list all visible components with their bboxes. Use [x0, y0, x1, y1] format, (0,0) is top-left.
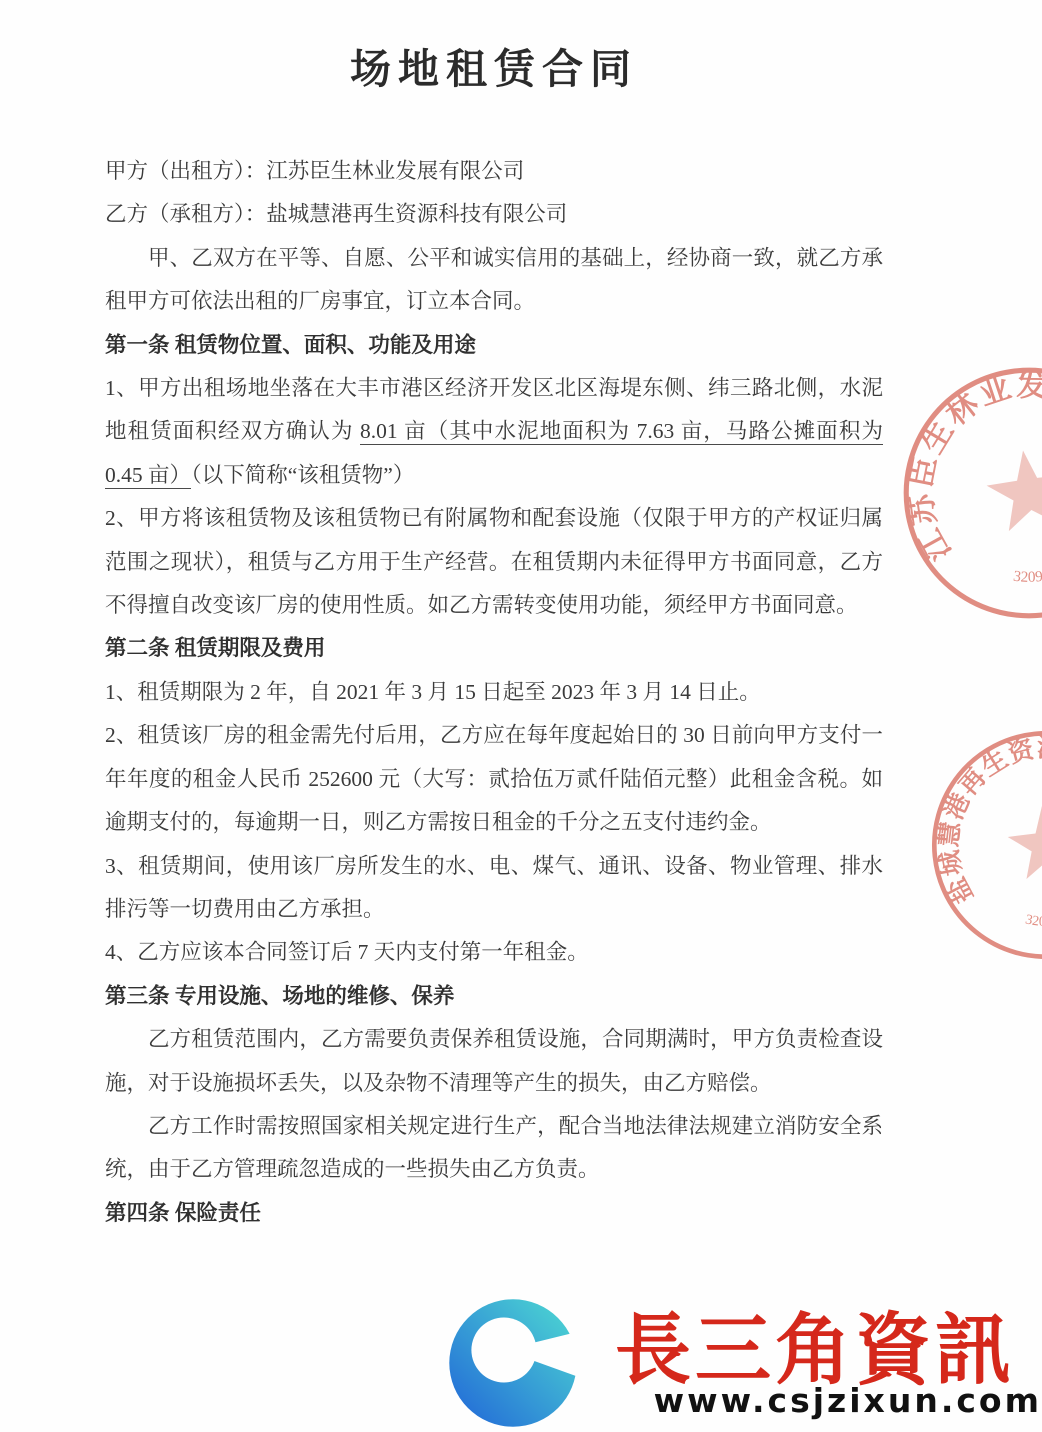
clause1-item1: 1、甲方出租场地坐落在大丰市港区经济开发区北区海堤东侧、纬三路北侧，水泥地租赁面…: [105, 367, 883, 497]
preamble-paragraph: 甲、乙双方在平等、自愿、公平和诚实信用的基础上，经协商一致，就乙方承租甲方可依法…: [105, 237, 883, 324]
seal1-number-text: 3209: [1010, 564, 1042, 589]
red-seal-icon: 江苏臣生林业发展有限公司 3209: [879, 343, 1042, 643]
clause2-item4: 4、乙方应该本合同签订后 7 天内支付第一年租金。: [105, 931, 883, 974]
seal2-company-text: 盐城慧港再生资源科技有限公司: [924, 722, 1042, 910]
clause2-item1: 1、租赁期限为 2 年，自 2021 年 3 月 15 日起至 2023 年 3…: [105, 671, 883, 714]
seal1-company-text: 江苏臣生林业发展有限公司: [888, 351, 1042, 569]
clause1-item2: 2、甲方将该租赁物及该租赁物已有附属物和配套设施（仅限于甲方的产权证归属范围之现…: [105, 497, 883, 627]
clause1-item1-post: （以下简称“该租赁物”）: [191, 463, 414, 487]
csjzixun-logo-icon: [448, 1297, 578, 1429]
svg-text:盐城慧港再生资源科技有限公司: 盐城慧港再生资源科技有限公司: [924, 722, 1042, 910]
svg-text:3209: 3209: [1010, 564, 1042, 589]
company-seal-party-b: 盐城慧港再生资源科技有限公司 320: [913, 712, 1042, 978]
clause2-item3: 3、租赁期间，使用该厂房所发生的水、电、煤气、通讯、设备、物业管理、排水排污等一…: [105, 845, 883, 932]
brand-url: www.csjzixun.com: [616, 1381, 1042, 1420]
clause3-para1: 乙方租赁范围内，乙方需要负责保养租赁设施，合同期满时，甲方负责检查设施，对于设施…: [105, 1018, 883, 1105]
seal2-number-text: 320: [1022, 910, 1042, 932]
contract-scan-page: 场地租赁合同 甲方（出租方）：江苏臣生林业发展有限公司 乙方（承租方）：盐城慧港…: [0, 0, 1042, 1432]
clause1-heading: 第一条 租赁物位置、面积、功能及用途: [105, 324, 883, 367]
clause4-heading: 第四条 保险责任: [105, 1192, 883, 1235]
clause2-heading: 第二条 租赁期限及费用: [105, 627, 883, 670]
svg-text:江苏臣生林业发展有限公司: 江苏臣生林业发展有限公司: [888, 351, 1042, 569]
svg-text:320: 320: [1022, 910, 1042, 932]
red-seal-icon: 盐城慧港再生资源科技有限公司 320: [913, 712, 1042, 978]
document-title: 场地租赁合同: [105, 36, 883, 95]
seal-star-icon: [982, 445, 1042, 533]
party-a-line: 甲方（出租方）：江苏臣生林业发展有限公司: [105, 150, 883, 193]
site-watermark: 長三角資訊 www.csjzixun.com: [448, 1293, 1042, 1432]
clause2-item2: 2、租赁该厂房的租金需先付后用，乙方应在每年度起始日的 30 日前向甲方支付一年…: [105, 714, 883, 844]
company-seal-party-a: 江苏臣生林业发展有限公司 3209: [879, 343, 1042, 643]
party-b-line: 乙方（承租方）：盐城慧港再生资源科技有限公司: [105, 193, 883, 236]
document-body: 甲方（出租方）：江苏臣生林业发展有限公司 乙方（承租方）：盐城慧港再生资源科技有…: [105, 150, 883, 1235]
clause3-heading: 第三条 专用设施、场地的维修、保养: [105, 975, 883, 1018]
clause3-para2: 乙方工作时需按照国家相关规定进行生产，配合当地法律法规建立消防安全系统，由于乙方…: [105, 1105, 883, 1192]
seal-star-icon: [1005, 802, 1042, 880]
